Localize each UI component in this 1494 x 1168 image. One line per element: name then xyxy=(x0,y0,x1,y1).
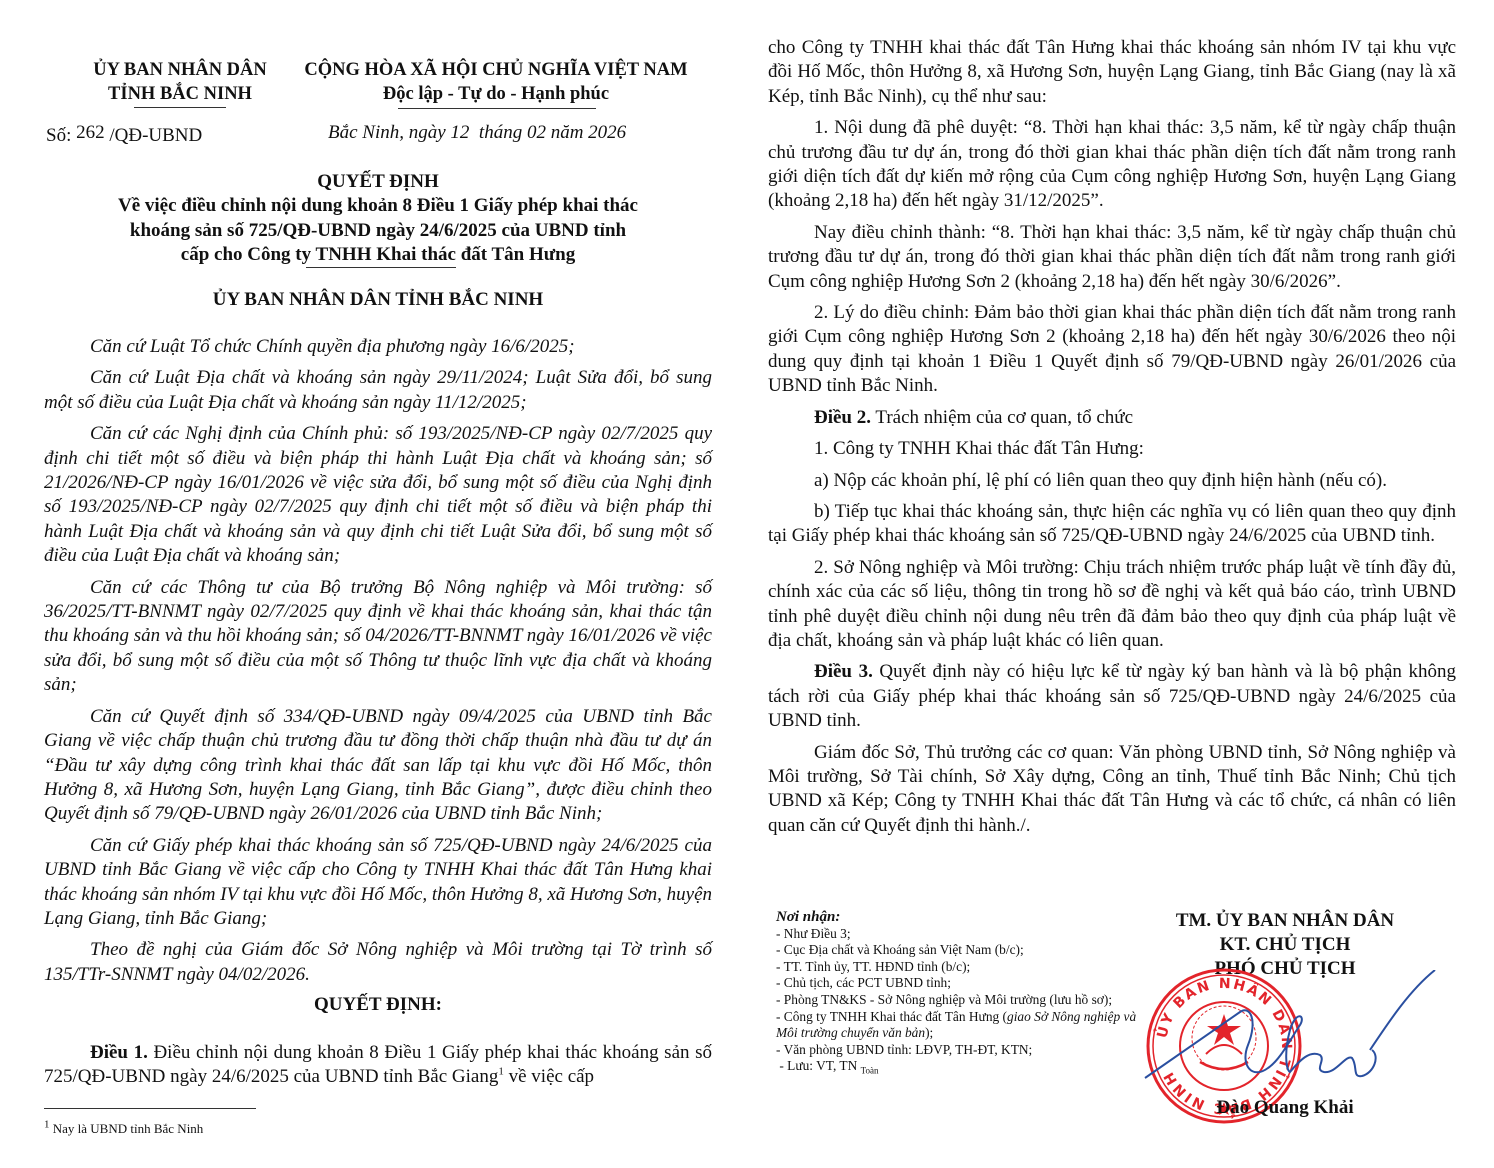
recipient-item: - TT. Tỉnh ủy, TT. HĐND tỉnh (b/c); xyxy=(776,959,1156,976)
preamble-item: Căn cứ Luật Địa chất và khoáng sản ngày … xyxy=(44,366,712,415)
org-name-line2: TỈNH BẮC NINH xyxy=(60,82,300,106)
decision-heading: QUYẾT ĐỊNH: xyxy=(44,993,712,1017)
preamble-item: Căn cứ Quyết định số 334/QĐ-UBND ngày 09… xyxy=(44,705,712,827)
motto-underline xyxy=(398,108,596,109)
recipients-heading: Nơi nhận: xyxy=(776,909,1156,926)
preamble-item: Theo đề nghị của Giám đốc Sở Nông nghiệp… xyxy=(44,938,712,987)
recipients-list: Nơi nhận: - Như Điều 3; - Cục Địa chất v… xyxy=(776,909,1156,1080)
recipient-item: - Văn phòng UBND tỉnh: LĐVP, TH-ĐT, KTN; xyxy=(776,1042,1156,1059)
recipient-item: - Công ty TNHH Khai thác đất Tân Hưng (g… xyxy=(776,1009,1156,1042)
nation-name: CỘNG HÒA XÃ HỘI CHỦ NGHĨA VIỆT NAM xyxy=(296,58,696,82)
motto: Độc lập - Tự do - Hạnh phúc xyxy=(296,82,696,106)
archive-initials: Toàn xyxy=(861,1066,879,1076)
article-2-label: Điều 2. xyxy=(814,407,871,428)
recipient-item: - Phòng TN&KS - Sở Nông nghiệp và Môi tr… xyxy=(776,992,1156,1009)
document-number: Số: 262 /QĐ-UBND xyxy=(46,121,202,148)
org-underline xyxy=(134,107,226,108)
article-3: Điều 3. Quyết định này có hiệu lực kể từ… xyxy=(768,660,1456,733)
place-date: Bắc Ninh, ngày 12 tháng 02 năm 2026 xyxy=(328,121,626,145)
recipient-item: - Như Điều 3; xyxy=(776,926,1156,943)
execution-clause: Giám đốc Sở, Thủ trưởng các cơ quan: Văn… xyxy=(768,741,1456,839)
title-underline xyxy=(306,267,456,268)
article-1-continued: cho Công ty TNHH khai thác đất Tân Hưng … xyxy=(768,36,1456,838)
article-1-item-1: 1. Nội dung đã phê duyệt: “8. Thời hạn k… xyxy=(768,116,1456,214)
article-1-start: Điều 1. Điều chỉnh nội dung khoản 8 Điều… xyxy=(44,1041,712,1090)
handwritten-signature-icon xyxy=(1140,970,1440,1100)
preamble: Căn cứ Luật Tổ chức Chính quyền địa phươ… xyxy=(44,335,712,987)
authority-heading: ỦY BAN NHÂN DÂN TỈNH BẮC NINH xyxy=(44,288,712,312)
title-heading: QUYẾT ĐỊNH xyxy=(44,170,712,194)
recipient-item: - Chủ tịch, các PCT UBND tỉnh; xyxy=(776,975,1156,992)
number-value: 262 xyxy=(76,122,105,143)
document-title: QUYẾT ĐỊNH Về việc điều chỉnh nội dung k… xyxy=(44,170,712,268)
article-1-adjusted: Nay điều chỉnh thành: “8. Thời hạn khai … xyxy=(768,221,1456,294)
preamble-item: Căn cứ các Thông tư của Bộ trưởng Bộ Nôn… xyxy=(44,576,712,698)
national-motto: CỘNG HÒA XÃ HỘI CHỦ NGHĨA VIỆT NAM Độc l… xyxy=(296,58,696,106)
signer-name: Đào Quang Khải xyxy=(1140,1097,1430,1119)
article-1-item-2: 2. Lý do điều chỉnh: Đảm bảo thời gian k… xyxy=(768,301,1456,399)
article-2: Điều 2. Trách nhiệm của cơ quan, tổ chức xyxy=(768,406,1456,430)
article-1-label: Điều 1. xyxy=(90,1042,148,1063)
preamble-item: Căn cứ Luật Tổ chức Chính quyền địa phươ… xyxy=(44,335,712,359)
article-1-continuation: cho Công ty TNHH khai thác đất Tân Hưng … xyxy=(768,36,1456,109)
subject-line-1: Về việc điều chỉnh nội dung khoản 8 Điều… xyxy=(44,194,712,218)
article-2-item-1: 1. Công ty TNHH Khai thác đất Tân Hưng: xyxy=(768,437,1456,461)
preamble-item: Căn cứ Giấy phép khai thác khoáng sản số… xyxy=(44,834,712,932)
org-name-line1: ỦY BAN NHÂN DÂN xyxy=(60,58,300,82)
footnote: 1 Nay là UBND tỉnh Bắc Ninh xyxy=(44,1121,203,1137)
article-2-item-2: 2. Sở Nông nghiệp và Môi trường: Chịu tr… xyxy=(768,556,1456,654)
issuing-authority: ỦY BAN NHÂN DÂN TỈNH BẮC NINH xyxy=(60,58,300,106)
article-2-item-1b: b) Tiếp tục khai thác khoáng sản, thực h… xyxy=(768,500,1456,549)
subject-line-2: khoáng sản số 725/QĐ-UBND ngày 24/6/2025… xyxy=(44,219,712,243)
recipient-item: - Lưu: VT, TN Toàn xyxy=(776,1058,1156,1079)
footnote-separator xyxy=(44,1108,256,1109)
subject-line-3: cấp cho Công ty TNHH Khai thác đất Tân H… xyxy=(44,243,712,267)
article-3-label: Điều 3. xyxy=(814,661,873,682)
recipient-item: - Cục Địa chất và Khoáng sản Việt Nam (b… xyxy=(776,942,1156,959)
preamble-item: Căn cứ các Nghị định của Chính phủ: số 1… xyxy=(44,422,712,568)
article-2-item-1a: a) Nộp các khoản phí, lệ phí có liên qua… xyxy=(768,469,1456,493)
